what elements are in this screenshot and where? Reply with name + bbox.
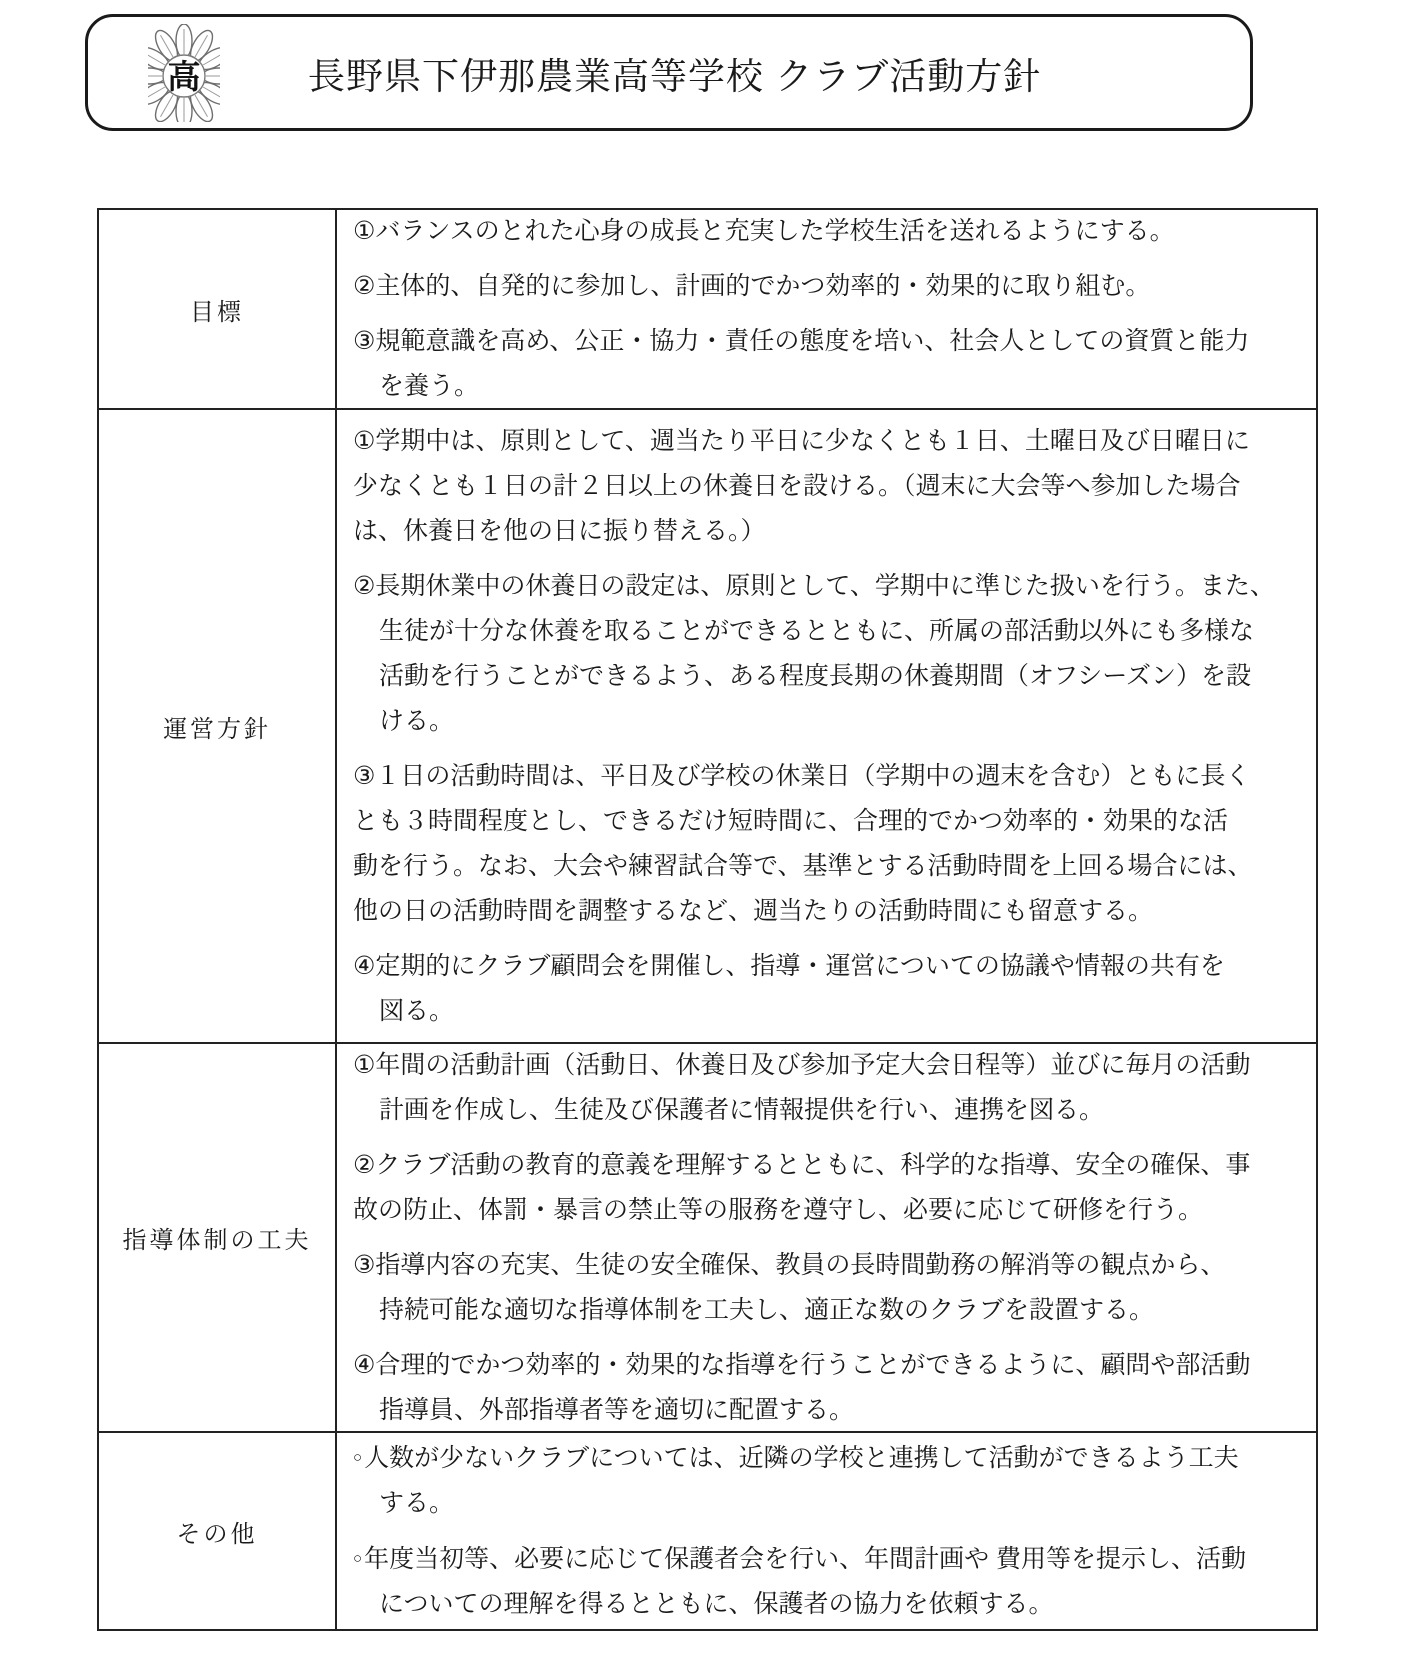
circle-bullet-icon: ○ [353,1449,364,1466]
table-row: その他○人数が少ないクラブについては、近隣の学校と連携して活動ができるよう工夫す… [99,1433,1316,1629]
content-line: ②長期休業中の休養日の設定は、原則として、学期中に準じた扱いを行う。また、 [353,564,1314,609]
policy-item: ②クラブ活動の教育的意義を理解するとともに、科学的な指導、安全の確保、事故の防止… [353,1143,1314,1233]
content-line: 少なくとも１日の計２日以上の休養日を設ける。（週末に大会等へ参加した場合 [353,464,1314,509]
content-line: 動を行う。なお、大会や練習試合等で、基準とする活動時間を上回る場合には、 [353,844,1314,889]
content-line: ○年度当初等、必要に応じて保護者会を行い、年間計画や 費用等を提示し、活動 [353,1536,1314,1582]
table-row: 運営方針①学期中は、原則として、週当たり平日に少なくとも１日、土曜日及び日曜日に… [99,410,1316,1044]
content-line: ③規範意識を高め、公正・協力・責任の態度を培い、社会人としての資質と能力 [353,319,1314,364]
table-row: 目標①バランスのとれた心身の成長と充実した学校生活を送れるようにする。②主体的、… [99,210,1316,410]
policy-item: ○年度当初等、必要に応じて保護者会を行い、年間計画や 費用等を提示し、活動につい… [353,1536,1314,1627]
policy-item: ①学期中は、原則として、週当たり平日に少なくとも１日、土曜日及び日曜日に少なくと… [353,419,1314,554]
row-content: ①バランスのとれた心身の成長と充実した学校生活を送れるようにする。②主体的、自発… [337,210,1316,408]
policy-item: ④合理的でかつ効率的・効果的な指導を行うことができるように、顧問や部活動指導員、… [353,1343,1314,1433]
content-line: 指導員、外部指導者等を適切に配置する。 [353,1388,1314,1433]
policy-table: 目標①バランスのとれた心身の成長と充実した学校生活を送れるようにする。②主体的、… [97,208,1318,1631]
policy-item: ④定期的にクラブ顧問会を開催し、指導・運営についての協議や情報の共有を図る。 [353,944,1314,1034]
content-line: ④合理的でかつ効率的・効果的な指導を行うことができるように、顧問や部活動 [353,1343,1314,1388]
content-line: 生徒が十分な休養を取ることができるとともに、所属の部活動以外にも多様な [353,609,1314,654]
content-line: は、休養日を他の日に振り替える。） [353,509,1314,554]
content-line: 故の防止、体罰・暴言の禁止等の服務を遵守し、必要に応じて研修を行う。 [353,1188,1314,1233]
content-line: ③１日の活動時間は、平日及び学校の休業日（学期中の週末を含む）ともに長く [353,754,1314,799]
content-line: ける。 [353,699,1314,744]
content-line: ①学期中は、原則として、週当たり平日に少なくとも１日、土曜日及び日曜日に [353,419,1314,464]
content-line: する。 [353,1481,1314,1526]
row-label: 運営方針 [99,410,337,1042]
policy-item: ③規範意識を高め、公正・協力・責任の態度を培い、社会人としての資質と能力を養う。 [353,319,1314,409]
school-emblem-icon: 高 [148,24,220,122]
circle-bullet-icon: ○ [353,1550,364,1567]
policy-item: ③指導内容の充実、生徒の安全確保、教員の長時間勤務の解消等の観点から、持続可能な… [353,1243,1314,1333]
policy-item: ①バランスのとれた心身の成長と充実した学校生活を送れるようにする。 [353,209,1314,254]
content-line: ②主体的、自発的に参加し、計画的でかつ効率的・効果的に取り組む。 [353,264,1314,309]
content-line: 活動を行うことができるよう、ある程度長期の休養期間（オフシーズン）を設 [353,654,1314,699]
content-line: とも３時間程度とし、できるだけ短時間に、合理的でかつ効率的・効果的な活 [353,799,1314,844]
content-line: 図る。 [353,989,1314,1034]
content-line: を養う。 [353,364,1314,409]
page-title: 長野県下伊那農業高等学校 クラブ活動方針 [308,46,1041,100]
content-line: ①バランスのとれた心身の成長と充実した学校生活を送れるようにする。 [353,209,1314,254]
content-line: についての理解を得るとともに、保護者の協力を依頼する。 [353,1582,1314,1627]
content-line: ④定期的にクラブ顧問会を開催し、指導・運営についての協議や情報の共有を [353,944,1314,989]
content-line: 計画を作成し、生徒及び保護者に情報提供を行い、連携を図る。 [353,1088,1314,1133]
row-content: ①年間の活動計画（活動日、休養日及び参加予定大会日程等）並びに毎月の活動計画を作… [337,1044,1316,1431]
policy-item: ③１日の活動時間は、平日及び学校の休業日（学期中の週末を含む）ともに長くとも３時… [353,754,1314,934]
content-line: ①年間の活動計画（活動日、休養日及び参加予定大会日程等）並びに毎月の活動 [353,1043,1314,1088]
content-line: ②クラブ活動の教育的意義を理解するとともに、科学的な指導、安全の確保、事 [353,1143,1314,1188]
row-label: その他 [99,1433,337,1629]
content-line: ③指導内容の充実、生徒の安全確保、教員の長時間勤務の解消等の観点から、 [353,1243,1314,1288]
header-banner: 高 長野県下伊那農業高等学校 クラブ活動方針 [85,14,1253,131]
content-line: 持続可能な適切な指導体制を工夫し、適正な数のクラブを設置する。 [353,1288,1314,1333]
policy-item: ②主体的、自発的に参加し、計画的でかつ効率的・効果的に取り組む。 [353,264,1314,309]
content-line: ○人数が少ないクラブについては、近隣の学校と連携して活動ができるよう工夫 [353,1435,1314,1481]
row-label: 目標 [99,210,337,408]
policy-item: ○人数が少ないクラブについては、近隣の学校と連携して活動ができるよう工夫する。 [353,1435,1314,1526]
policy-item: ①年間の活動計画（活動日、休養日及び参加予定大会日程等）並びに毎月の活動計画を作… [353,1043,1314,1133]
content-line: 他の日の活動時間を調整するなど、週当たりの活動時間にも留意する。 [353,889,1314,934]
table-row: 指導体制の工夫①年間の活動計画（活動日、休養日及び参加予定大会日程等）並びに毎月… [99,1044,1316,1433]
policy-item: ②長期休業中の休養日の設定は、原則として、学期中に準じた扱いを行う。また、生徒が… [353,564,1314,744]
row-content: ①学期中は、原則として、週当たり平日に少なくとも１日、土曜日及び日曜日に少なくと… [337,410,1316,1042]
emblem-character: 高 [168,58,201,95]
row-content: ○人数が少ないクラブについては、近隣の学校と連携して活動ができるよう工夫する。○… [337,1433,1316,1629]
row-label: 指導体制の工夫 [99,1044,337,1431]
